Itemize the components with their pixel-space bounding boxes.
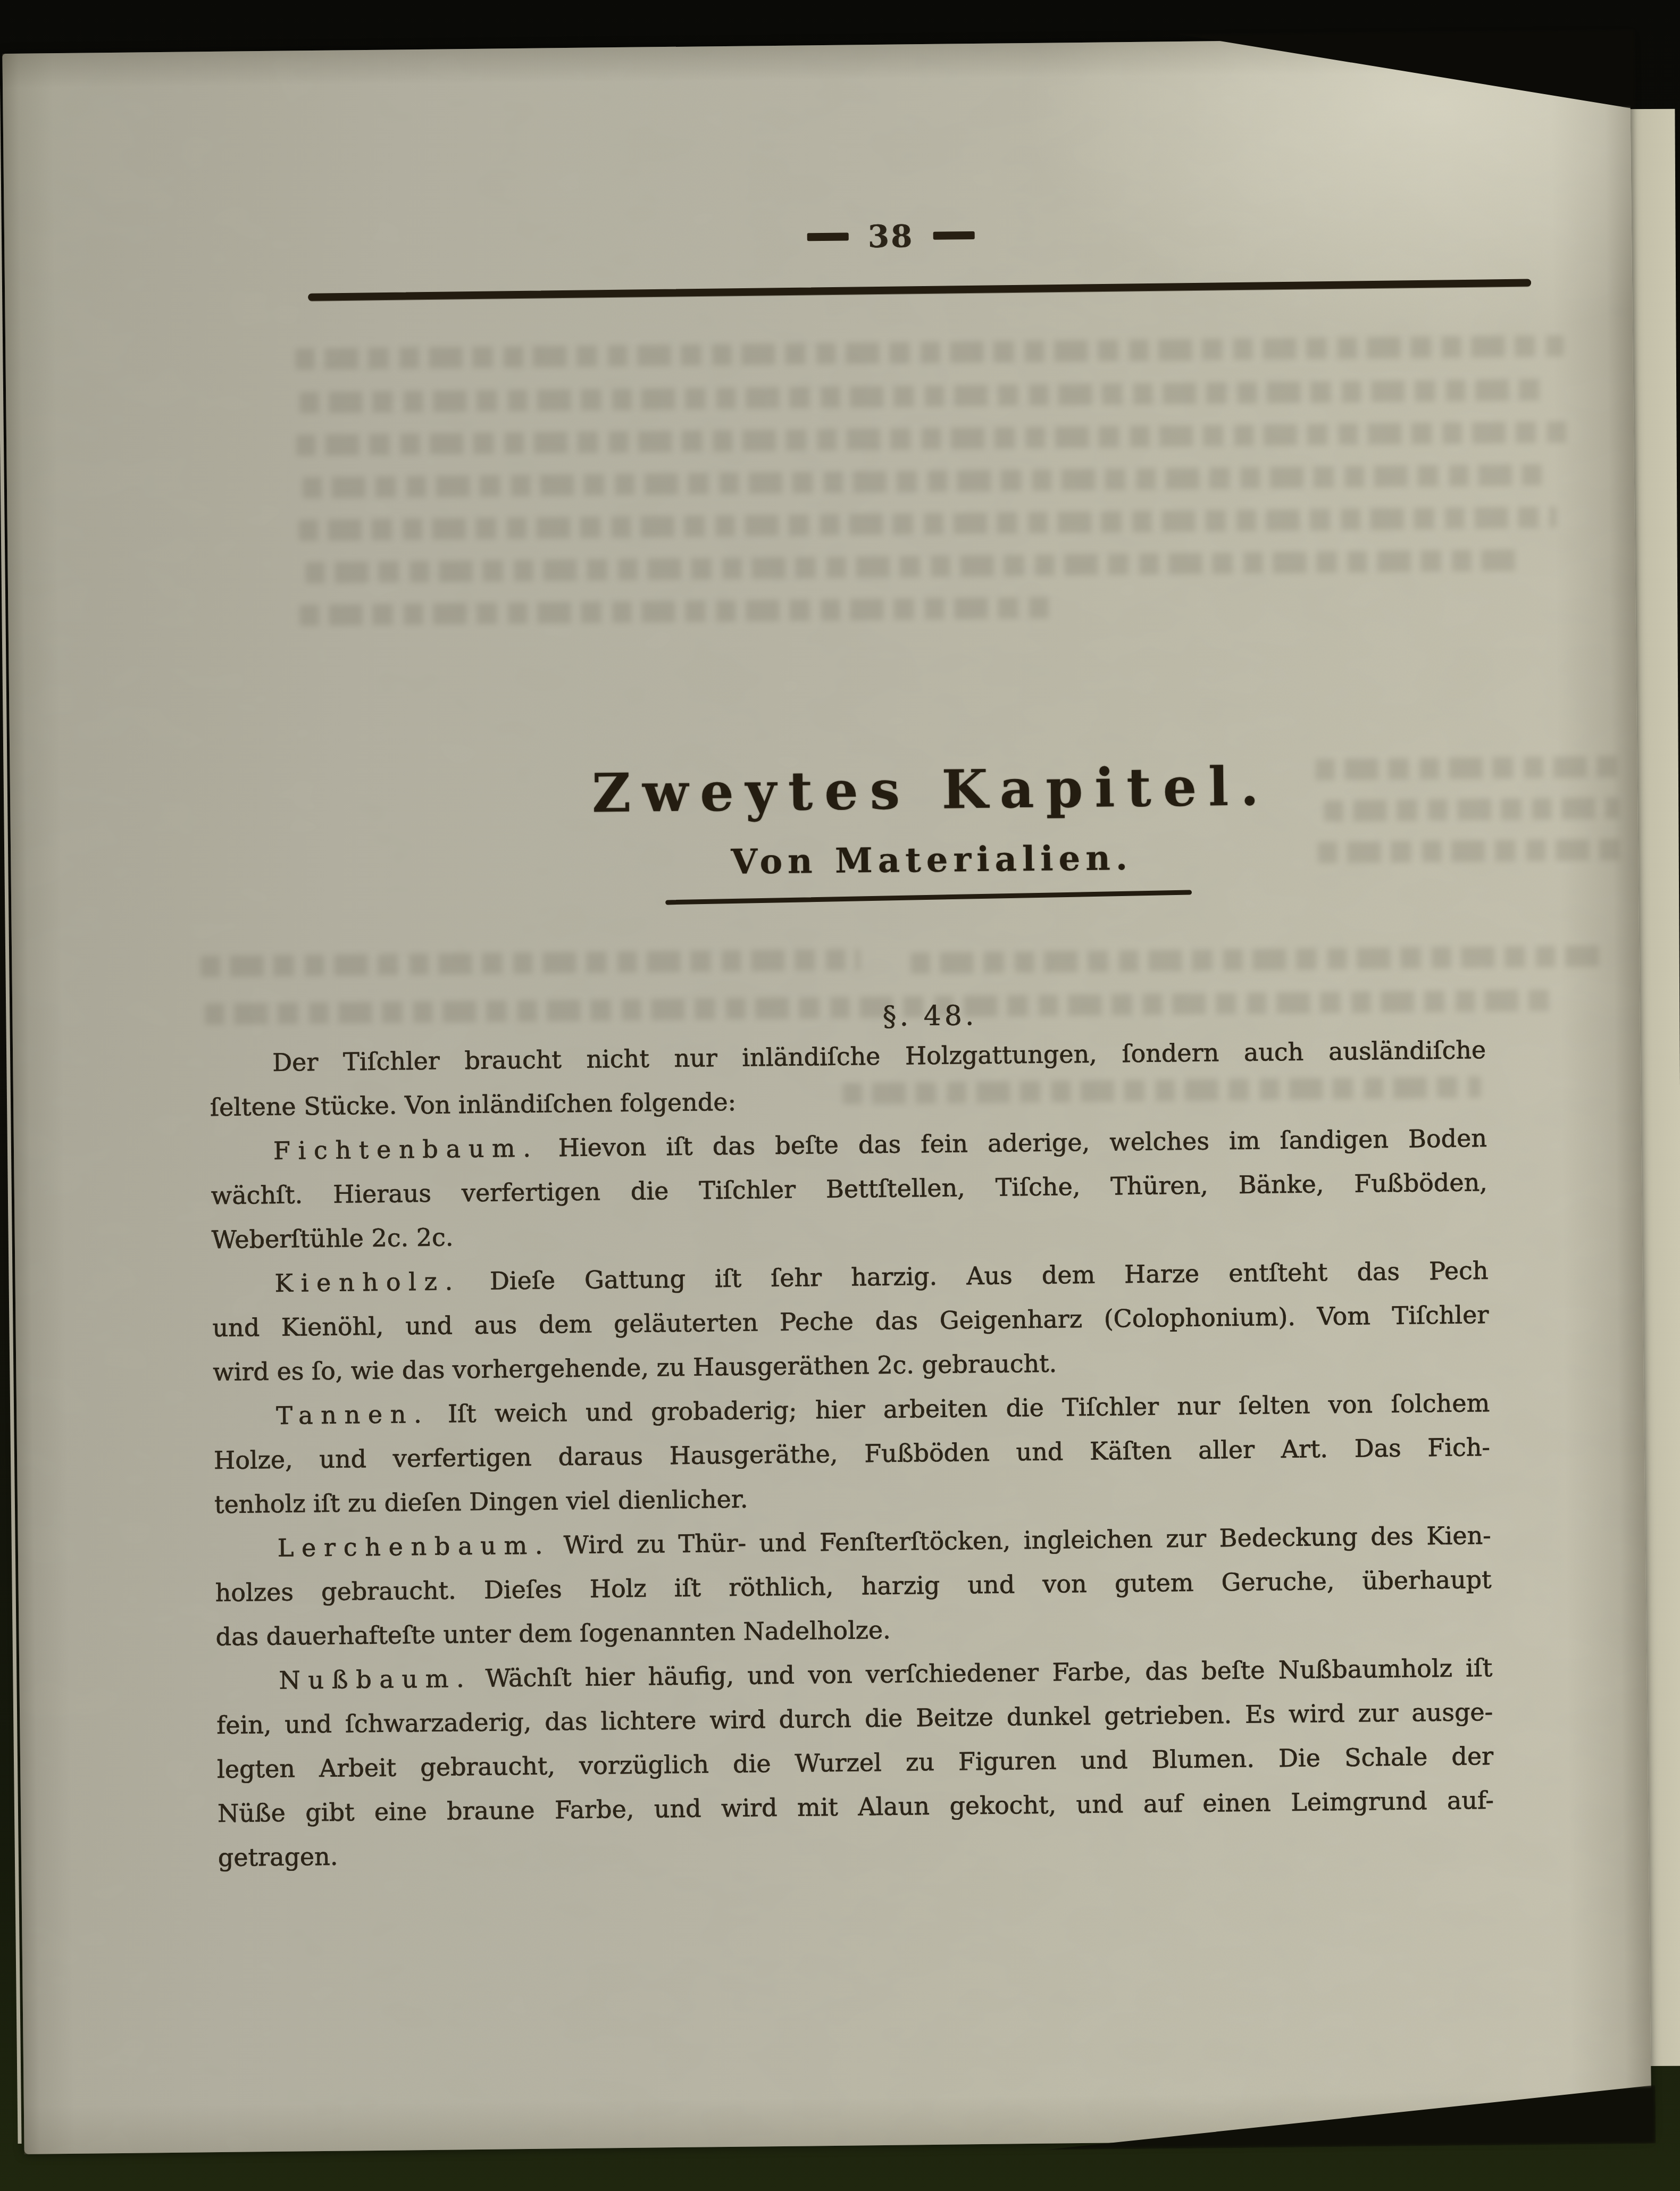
bleed-through-layer: [2, 37, 1629, 54]
wood-species-term: Kienholz.: [274, 1267, 461, 1298]
bleed-through-line: [299, 379, 1549, 414]
bleed-through-line: [299, 597, 1055, 626]
chapter-subtitle: Von Materialien.: [731, 838, 1133, 882]
bleed-through-line: [1324, 797, 1619, 822]
line-text: Wird zu Thür- und Fenſterſtöcken, inglei…: [564, 1521, 1491, 1559]
divider-rule: [665, 890, 1192, 905]
body-text: Der Tiſchler braucht nicht nur inländiſc…: [210, 1028, 1494, 1880]
line-text: Nüße gibt eine braune Farbe, und wird mi…: [218, 1786, 1494, 1828]
line-text: wächſt. Hieraus verfertigen die Tiſchler…: [211, 1168, 1487, 1210]
page-edge-highlight: [0, 59, 22, 2144]
line-text: Iſt weich und grobaderig; hier arbeiten …: [448, 1389, 1490, 1428]
line-text: Wächſt hier häufig, und von verſchiedene…: [486, 1653, 1493, 1693]
line-text: Hievon iſt das beſte das fein aderige, w…: [558, 1124, 1487, 1162]
section-number: §. 48.: [882, 1000, 977, 1033]
line-text: ſeltene Stücke. Von inländiſchen folgend…: [210, 1088, 736, 1122]
wood-species-term: Fichtenbaum.: [273, 1134, 539, 1165]
scanner-background: —38— Zweytes Kapitel. Von Materialien. §…: [0, 0, 1680, 2191]
folio-dash-right: —: [933, 231, 974, 240]
bleed-through-line: [205, 990, 1556, 1025]
line-text: Dieſe Gattung iſt ſehr harzig. Aus dem H…: [490, 1256, 1489, 1295]
line-text: legten Arbeit gebraucht, vorzüglich die …: [217, 1742, 1493, 1784]
folio-number: 38: [867, 218, 914, 255]
chapter-title: Zweytes Kapitel.: [591, 755, 1271, 824]
page-curl-shadow-bottom-right: [1044, 2085, 1656, 2150]
wood-species-term: Tannen.: [276, 1400, 430, 1430]
line-text: getragen.: [218, 1842, 338, 1872]
line-text: das dauerhafteſte unter dem ſogenannten …: [215, 1616, 891, 1651]
bleed-through-line: [295, 335, 1564, 370]
page-curl-shadow-top-right: [1177, 29, 1636, 114]
line-text: und Kienöhl, und aus dem geläuterten Pec…: [212, 1300, 1489, 1342]
book-scan: { "document": { "language": "de", "folio…: [0, 0, 1680, 2191]
line-text: fein, und ſchwarzaderig, das lichtere wi…: [216, 1697, 1493, 1740]
line-text: Weberſtühle 2c. 2c.: [211, 1223, 453, 1254]
bleed-through-line: [303, 464, 1542, 498]
bleed-through-line: [305, 549, 1518, 583]
bleed-through-line: [299, 507, 1557, 541]
line-text: Der Tiſchler braucht nicht nur inländiſc…: [272, 1035, 1486, 1077]
bleed-through-line: [1315, 756, 1624, 780]
bleed-through-line: [1318, 839, 1620, 863]
bleed-through-line: [910, 946, 1602, 974]
wood-species-term: Nußbaum.: [279, 1664, 472, 1695]
header-rule: [308, 279, 1531, 300]
wood-species-term: Lerchenbaum.: [278, 1531, 551, 1562]
page-number: —38—: [788, 218, 993, 256]
folio-dash-left: —: [807, 232, 849, 241]
book-page: —38— Zweytes Kapitel. Von Materialien. §…: [2, 37, 1651, 2154]
line-text: holzes gebraucht. Dieſes Holz iſt röthli…: [215, 1565, 1491, 1607]
bleed-through-line: [296, 421, 1567, 456]
line-text: tenholz iſt zu dieſen Dingen viel dienli…: [214, 1485, 748, 1519]
bleed-through-line: [200, 949, 860, 977]
line-text: Holze, und verfertigen daraus Hausgeräth…: [214, 1433, 1490, 1475]
line-text: wird es ſo, wie das vorhergehende, zu Ha…: [213, 1349, 1057, 1387]
